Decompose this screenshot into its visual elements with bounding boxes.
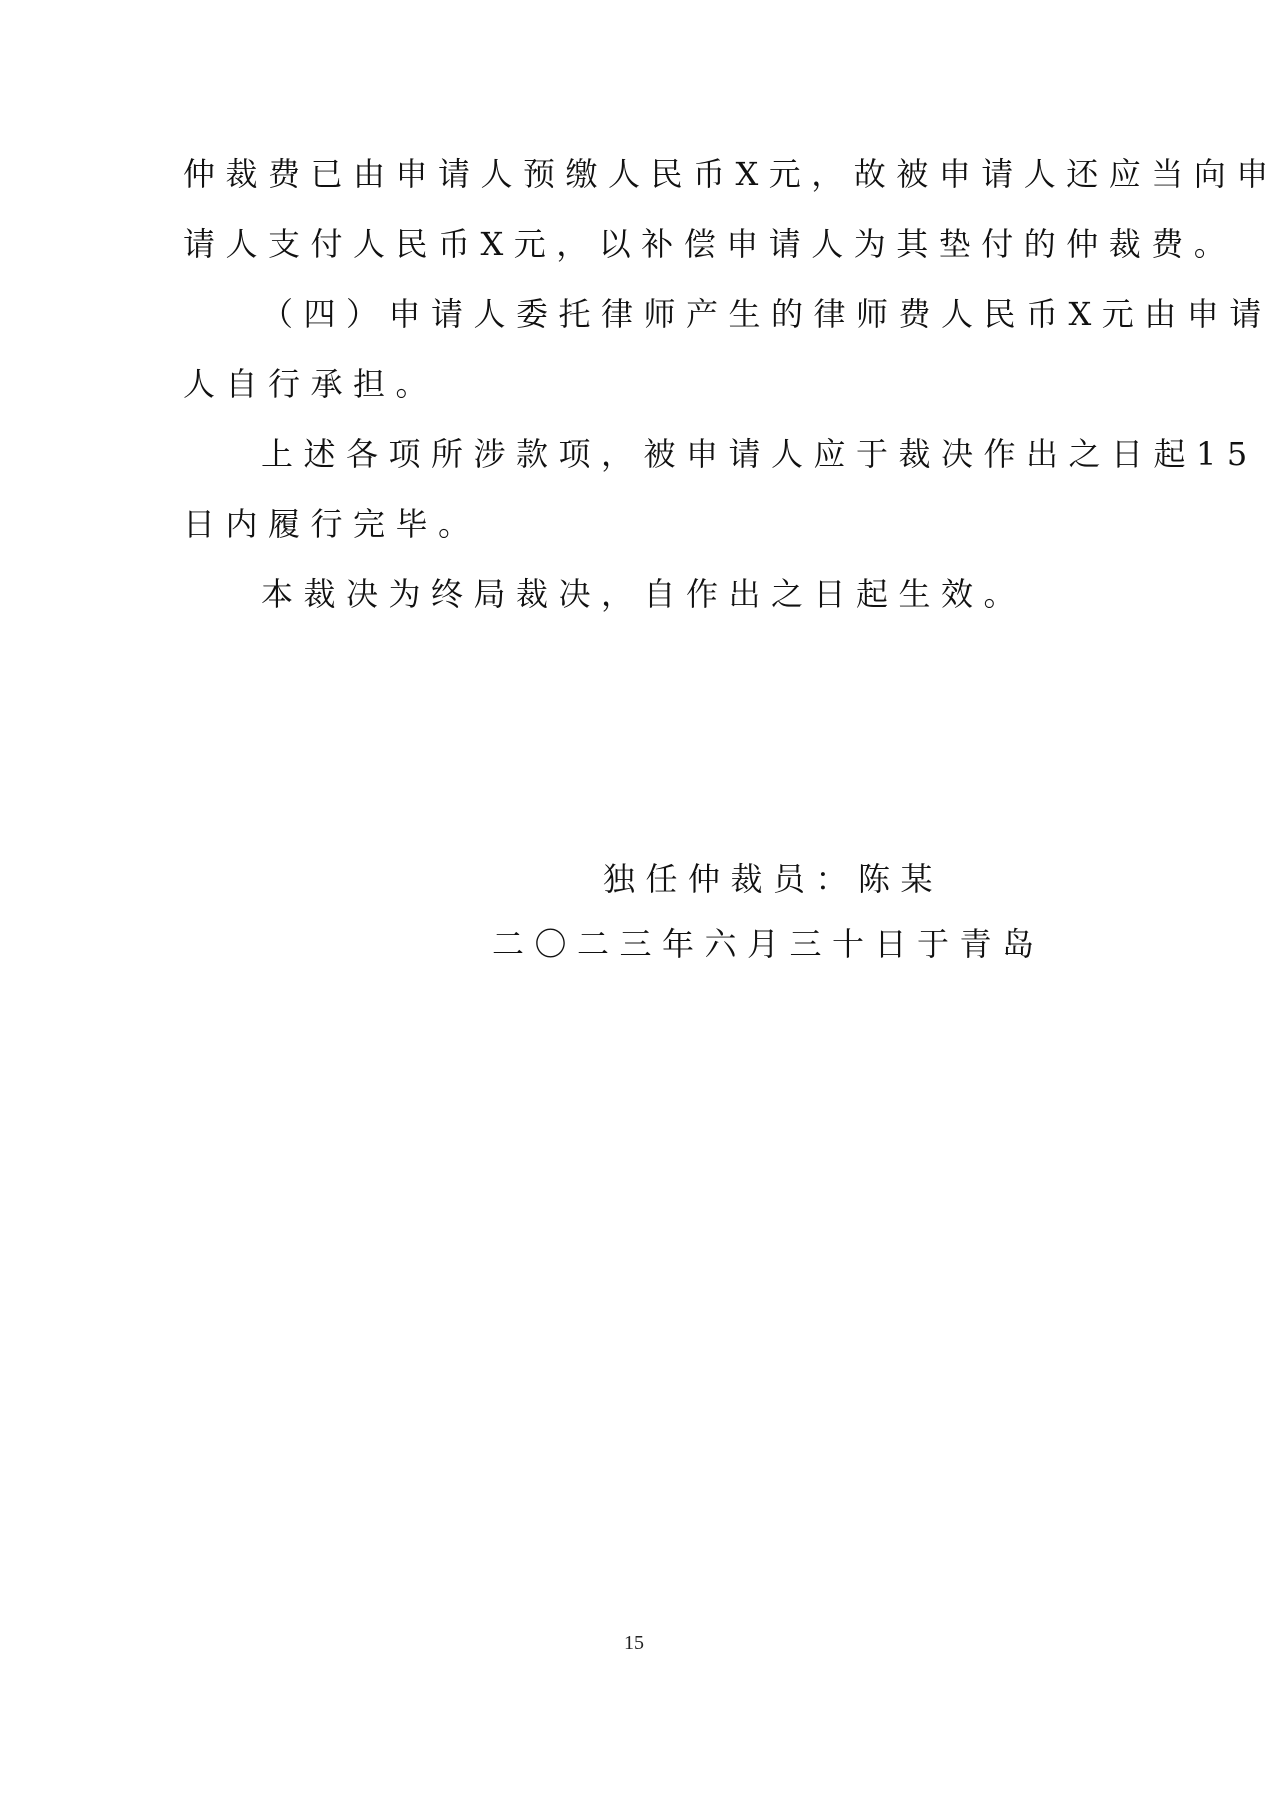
- paragraph-line: 本裁决为终局裁决，自作出之日起生效。: [261, 572, 1161, 616]
- paragraph-line: 日内履行完毕。: [183, 502, 1083, 546]
- document-page: 仲裁费已由申请人预缴人民币X元，故被申请人还应当向申 请人支付人民币X元，以补偿…: [0, 0, 1268, 1793]
- signature-date-place: 二〇二三年六月三十日于青岛: [492, 922, 1045, 966]
- paragraph-line: 请人支付人民币X元，以补偿申请人为其垫付的仲裁费。: [183, 222, 1083, 266]
- paragraph-line: （四）申请人委托律师产生的律师费人民币X元由申请: [261, 292, 1161, 336]
- paragraph-line: 仲裁费已由申请人预缴人民币X元，故被申请人还应当向申: [183, 152, 1083, 196]
- paragraph-line: 人自行承担。: [183, 362, 1083, 406]
- arbitrator-signature: 独任仲裁员：陈某: [603, 857, 943, 901]
- paragraph-line: 上述各项所涉款项，被申请人应于裁决作出之日起15: [261, 432, 1161, 476]
- page-number: 15: [0, 1632, 1268, 1655]
